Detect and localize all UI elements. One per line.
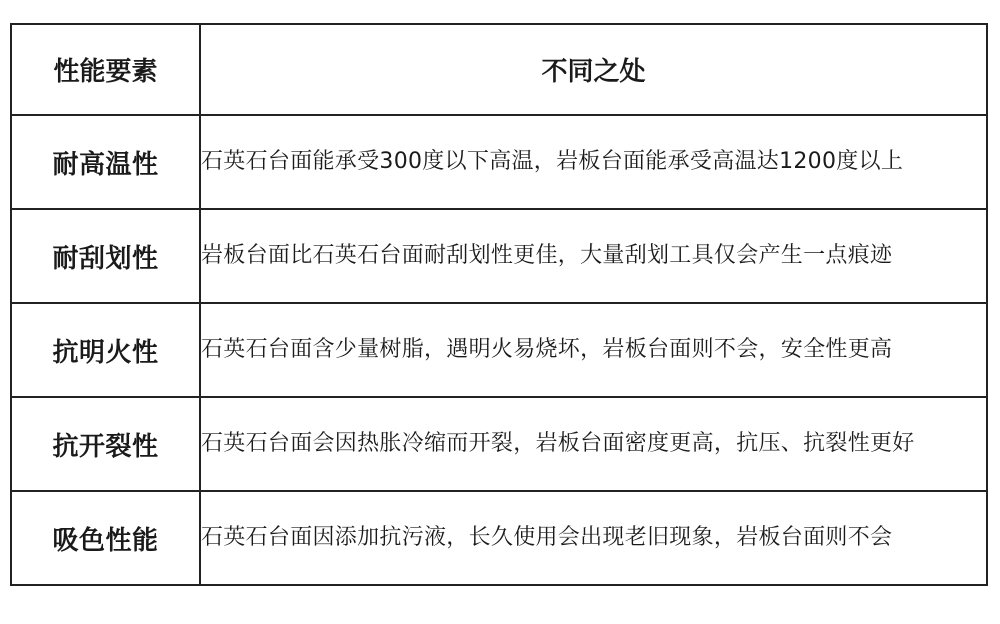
header-factor: 性能要素: [11, 24, 200, 115]
table-row: 抗开裂性 石英石台面会因热胀冷缩而开裂，岩板台面密度更高，抗压、抗裂性更好: [11, 397, 987, 491]
table-row: 耐高温性 石英石台面能承受300度以下高温，岩板台面能承受高温达1200度以上: [11, 115, 987, 209]
difference-cell: 石英石台面能承受300度以下高温，岩板台面能承受高温达1200度以上: [200, 115, 987, 209]
factor-cell: 抗明火性: [11, 303, 200, 397]
difference-cell: 石英石台面因添加抗污液，长久使用会出现老旧现象，岩板台面则不会: [200, 491, 987, 585]
factor-cell: 抗开裂性: [11, 397, 200, 491]
comparison-table: 性能要素 不同之处 耐高温性 石英石台面能承受300度以下高温，岩板台面能承受高…: [10, 23, 988, 586]
header-difference: 不同之处: [200, 24, 987, 115]
difference-cell: 岩板台面比石英石台面耐刮划性更佳，大量刮划工具仅会产生一点痕迹: [200, 209, 987, 303]
factor-cell: 耐刮划性: [11, 209, 200, 303]
table-row: 吸色性能 石英石台面因添加抗污液，长久使用会出现老旧现象，岩板台面则不会: [11, 491, 987, 585]
table-header-row: 性能要素 不同之处: [11, 24, 987, 115]
table-row: 抗明火性 石英石台面含少量树脂，遇明火易烧坏，岩板台面则不会，安全性更高: [11, 303, 987, 397]
factor-cell: 吸色性能: [11, 491, 200, 585]
difference-cell: 石英石台面会因热胀冷缩而开裂，岩板台面密度更高，抗压、抗裂性更好: [200, 397, 987, 491]
table-row: 耐刮划性 岩板台面比石英石台面耐刮划性更佳，大量刮划工具仅会产生一点痕迹: [11, 209, 987, 303]
difference-cell: 石英石台面含少量树脂，遇明火易烧坏，岩板台面则不会，安全性更高: [200, 303, 987, 397]
factor-cell: 耐高温性: [11, 115, 200, 209]
